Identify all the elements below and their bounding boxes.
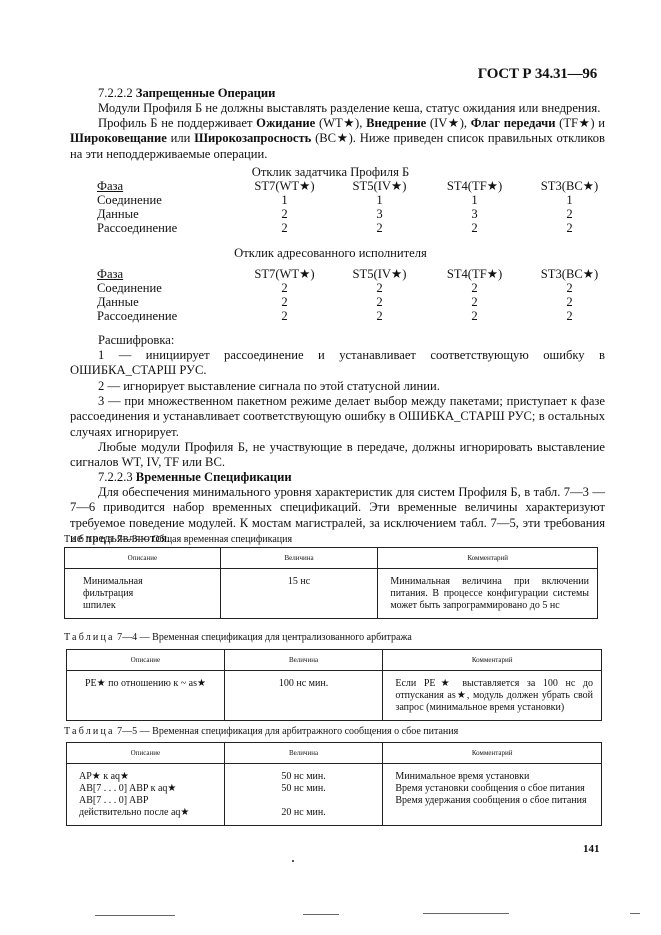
- term-wait: Ожидание: [256, 116, 315, 130]
- column-header: ST5(IV★): [332, 267, 427, 281]
- legend-item-1: 1 — инициирует рассоединение и устанавли…: [70, 348, 605, 379]
- table-row: Рассоединение 2 2 2 2: [97, 309, 617, 323]
- column-header-comment: Комментарий: [383, 743, 602, 764]
- table-row: Данные 2 2 2 2: [97, 295, 617, 309]
- slave-response-table: Фаза ST7(WT★) ST5(IV★) ST4(TF★) ST3(BC★)…: [97, 267, 617, 323]
- value-cell: 2: [522, 281, 617, 295]
- text-run: (TF★) и: [556, 116, 606, 130]
- value-cell: 2: [237, 281, 332, 295]
- value-cell: 50 нс мин. 50 нс мин. 20 нс мин.: [224, 764, 383, 826]
- caption-text: 7—3 — Общая временная спецификация: [115, 534, 292, 545]
- section-title: Запрещенные Операции: [136, 86, 276, 100]
- column-header: ST7(WT★): [237, 267, 332, 281]
- master-response-title: Отклик задатчика Профиля Б: [0, 165, 661, 180]
- legend-item-3: 3 — при множественном пакетном режиме де…: [70, 394, 605, 440]
- column-header-comment: Комментарий: [378, 548, 598, 569]
- value-cell: 2: [332, 221, 427, 235]
- text-run: (IV★),: [426, 116, 471, 130]
- column-header-value: Величина: [224, 650, 383, 671]
- value-cell: 2: [427, 295, 522, 309]
- table-row: Рассоединение 2 2 2 2: [97, 221, 617, 235]
- value-cell: 2: [427, 309, 522, 323]
- table-header-row: Описание Величина Комментарий: [67, 650, 602, 671]
- value-cell: 1: [427, 193, 522, 207]
- value-cell: 2: [332, 309, 427, 323]
- table-row: Минимальная фильтрация шпилек 15 нс Мини…: [65, 569, 598, 619]
- column-header-comment: Комментарий: [383, 650, 602, 671]
- document-standard-code: ГОСТ Р 34.31—96: [478, 66, 597, 83]
- caption-label: Таблица: [64, 534, 115, 545]
- master-response-table: Фаза ST7(WT★) ST5(IV★) ST4(TF★) ST3(BC★)…: [97, 179, 617, 235]
- value-cell: 100 нс мин.: [224, 671, 383, 721]
- page-number: 141: [583, 843, 600, 855]
- value-cell: 2: [522, 207, 617, 221]
- text-run: или: [167, 131, 194, 145]
- value-cell: 2: [427, 281, 522, 295]
- section-number: 7.2.2.3: [98, 470, 133, 484]
- term-broadcast: Широковещание: [70, 131, 167, 145]
- scan-artifact-line: [303, 914, 339, 915]
- value-cell: 15 нс: [220, 569, 378, 619]
- slave-response-title: Отклик адресованного исполнителя: [0, 246, 661, 261]
- legend-note: Любые модули Профиля Б, не участвующие в…: [70, 440, 605, 471]
- value-cell: 2: [237, 309, 332, 323]
- value-cell: 2: [522, 295, 617, 309]
- column-header: Фаза: [97, 267, 237, 281]
- phase-cell: Данные: [97, 207, 237, 221]
- column-header: Фаза: [97, 179, 237, 193]
- table-row: Соединение 2 2 2 2: [97, 281, 617, 295]
- table-7-4-caption: Таблица 7—4 — Временная спецификация для…: [64, 632, 412, 643]
- text-run: Профиль Б не поддерживает: [98, 116, 256, 130]
- value-cell: 1: [332, 193, 427, 207]
- caption-label: Таблица: [64, 726, 115, 737]
- description-cell: PE★ по отношению к ~ as★: [67, 671, 225, 721]
- value-cell: 2: [427, 221, 522, 235]
- section-title: Временные Спецификации: [136, 470, 292, 484]
- value-cell: 2: [332, 281, 427, 295]
- column-header-value: Величина: [220, 548, 378, 569]
- table-7-5-caption: Таблица 7—5 — Временная спецификация для…: [64, 726, 458, 737]
- table-7-5: Описание Величина Комментарий AP★ к aq★ …: [66, 742, 602, 826]
- value-cell: 2: [522, 221, 617, 235]
- value-cell: 3: [332, 207, 427, 221]
- phase-cell: Рассоединение: [97, 221, 237, 235]
- table-header-row: Фаза ST7(WT★) ST5(IV★) ST4(TF★) ST3(BC★): [97, 267, 617, 281]
- table-7-3: Описание Величина Комментарий Минимальна…: [64, 547, 598, 619]
- value-cell: 2: [237, 207, 332, 221]
- value-cell: 1: [522, 193, 617, 207]
- column-header-description: Описание: [65, 548, 221, 569]
- comment-cell: Если PE★ выставляется за 100 нс до отпус…: [383, 671, 602, 721]
- table-row: AP★ к aq★ AB[7 . . . 0] ABP к aq★ AB[7 .…: [67, 764, 602, 826]
- value-cell: 1: [237, 193, 332, 207]
- value-cell: 2: [237, 221, 332, 235]
- term-broadcall: Широкозапросность: [194, 131, 311, 145]
- section-heading-7222: 7.2.2.2 Запрещенные Операции: [98, 86, 275, 101]
- scan-artifact-line: [630, 913, 640, 914]
- text-run: (WT★),: [315, 116, 366, 130]
- column-header-value: Величина: [224, 743, 383, 764]
- table-7-3-caption: Таблица 7—3 — Общая временная спецификац…: [64, 534, 292, 545]
- caption-text: 7—5 — Временная спецификация для арбитра…: [115, 726, 459, 737]
- paragraph-forbidden-ops: Модули Профиля Б не должны выставлять ра…: [70, 101, 605, 116]
- section-heading-7223: 7.2.2.3 Временные Спецификации: [98, 470, 292, 485]
- phase-cell: Соединение: [97, 281, 237, 295]
- column-header-description: Описание: [67, 650, 225, 671]
- term-transfer-flag: Флаг передачи: [471, 116, 556, 130]
- column-header: ST3(BC★): [522, 179, 617, 193]
- table-header-row: Описание Величина Комментарий: [67, 743, 602, 764]
- scan-artifact-line: [423, 913, 509, 914]
- caption-text: 7—4 — Временная спецификация для централ…: [115, 632, 412, 643]
- section-number: 7.2.2.2: [98, 86, 133, 100]
- value-cell: 2: [522, 309, 617, 323]
- column-header: ST7(WT★): [237, 179, 332, 193]
- table-header-row: Описание Величина Комментарий: [65, 548, 598, 569]
- scan-speck: [292, 860, 294, 862]
- scan-artifact-line: [95, 915, 175, 916]
- phase-cell: Данные: [97, 295, 237, 309]
- value-cell: 2: [237, 295, 332, 309]
- column-header: ST4(TF★): [427, 179, 522, 193]
- phase-cell: Соединение: [97, 193, 237, 207]
- description-cell: AP★ к aq★ AB[7 . . . 0] ABP к aq★ AB[7 .…: [67, 764, 225, 826]
- table-header-row: Фаза ST7(WT★) ST5(IV★) ST4(TF★) ST3(BC★): [97, 179, 617, 193]
- table-row: PE★ по отношению к ~ as★ 100 нс мин. Есл…: [67, 671, 602, 721]
- column-header: ST4(TF★): [427, 267, 522, 281]
- description-cell: Минимальная фильтрация шпилек: [65, 569, 221, 619]
- legend-title: Расшифровка:: [70, 333, 605, 348]
- column-header-description: Описание: [67, 743, 225, 764]
- table-7-4: Описание Величина Комментарий PE★ по отн…: [66, 649, 602, 721]
- value-cell: 2: [332, 295, 427, 309]
- caption-label: Таблица: [64, 632, 115, 643]
- paragraph-unsupported-ops: Профиль Б не поддерживает Ожидание (WT★)…: [70, 116, 605, 162]
- value-cell: 3: [427, 207, 522, 221]
- table-row: Соединение 1 1 1 1: [97, 193, 617, 207]
- table-row: Данные 2 3 3 2: [97, 207, 617, 221]
- term-intervention: Внедрение: [366, 116, 426, 130]
- phase-cell: Рассоединение: [97, 309, 237, 323]
- legend-item-2: 2 — игнорирует выставление сигнала по эт…: [70, 379, 605, 394]
- comment-cell: Минимальная величина при включении питан…: [378, 569, 598, 619]
- comment-cell: Минимальное время установки Время устано…: [383, 764, 602, 826]
- column-header: ST3(BC★): [522, 267, 617, 281]
- column-header: ST5(IV★): [332, 179, 427, 193]
